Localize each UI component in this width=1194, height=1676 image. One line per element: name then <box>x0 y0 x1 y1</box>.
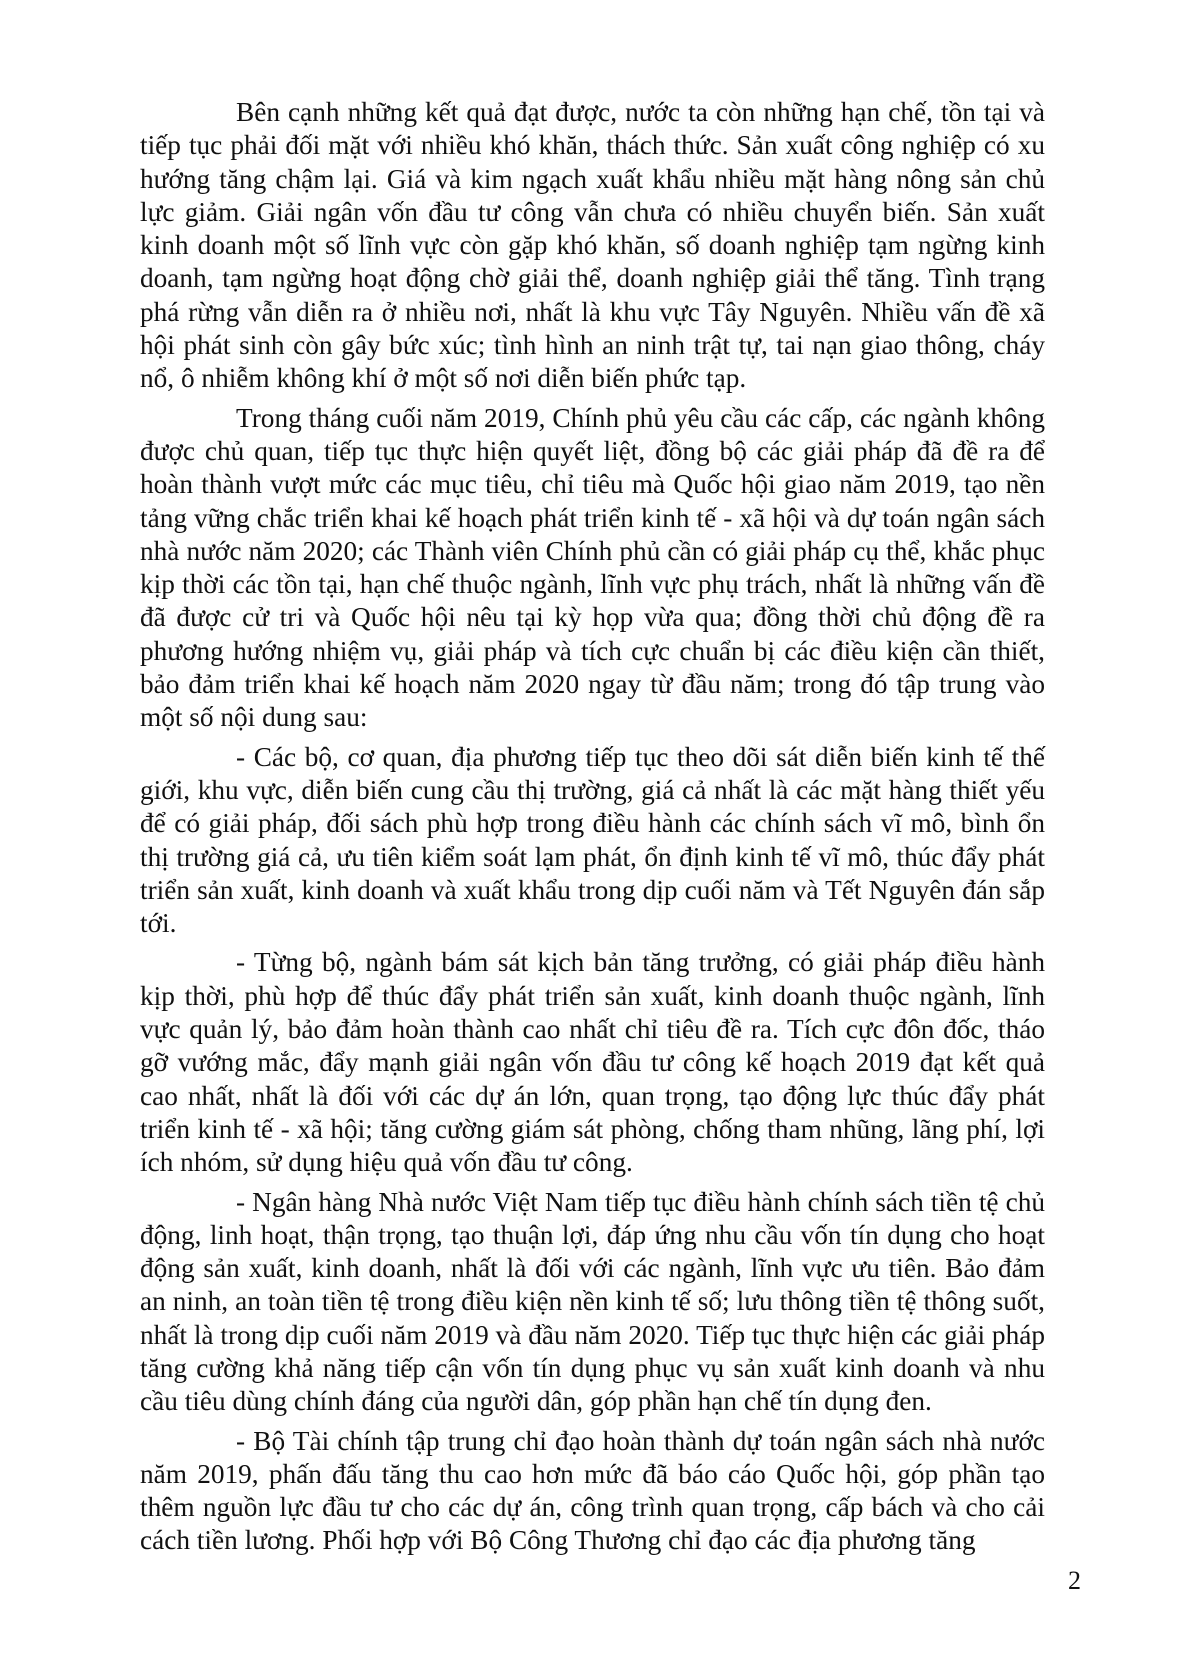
paragraph-ministries-monitoring: - Các bộ, cơ quan, địa phương tiếp tục t… <box>140 741 1045 941</box>
paragraph-state-bank: - Ngân hàng Nhà nước Việt Nam tiếp tục đ… <box>140 1186 1045 1419</box>
document-page: Bên cạnh những kết quả đạt được, nước ta… <box>0 0 1194 1676</box>
paragraph-limitations: Bên cạnh những kết quả đạt được, nước ta… <box>140 96 1045 396</box>
paragraph-ministry-finance: - Bộ Tài chính tập trung chỉ đạo hoàn th… <box>140 1425 1045 1558</box>
paragraph-growth-scenario: - Từng bộ, ngành bám sát kịch bản tăng t… <box>140 946 1045 1179</box>
document-body: Bên cạnh những kết quả đạt được, nước ta… <box>140 96 1045 1564</box>
paragraph-government-requirements: Trong tháng cuối năm 2019, Chính phủ yêu… <box>140 402 1045 735</box>
page-number: 2 <box>1068 1566 1081 1596</box>
